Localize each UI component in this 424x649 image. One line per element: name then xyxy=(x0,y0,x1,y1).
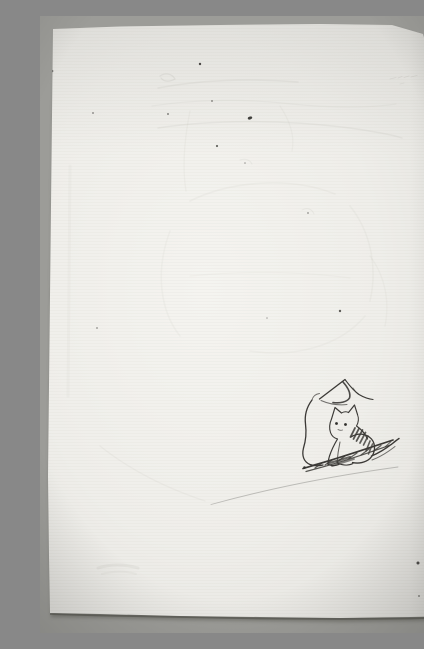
sketch-photo-canvas xyxy=(40,16,424,633)
photo-vignette xyxy=(40,16,424,633)
photographed-sketch xyxy=(40,16,424,633)
